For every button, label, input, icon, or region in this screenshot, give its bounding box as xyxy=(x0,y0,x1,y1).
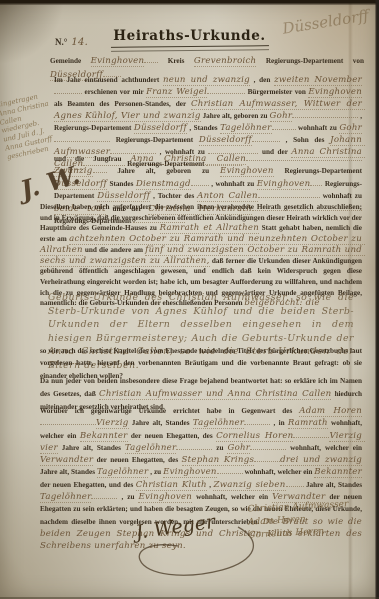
text-segment: Evinghoven xyxy=(91,56,145,67)
document-title: Heiraths-Urkunde. xyxy=(113,28,265,44)
form-blank-line xyxy=(286,479,304,487)
text-segment: Adam Horen xyxy=(299,406,362,417)
text-segment: Jahre alt, Standes xyxy=(40,468,97,476)
text-segment: Düsseldorff xyxy=(199,135,252,146)
text-segment: wohnhaft, welcher ein xyxy=(286,444,362,452)
form-blank-line xyxy=(144,55,158,63)
text-segment: Stephan Krings xyxy=(182,455,255,466)
text-segment: Regierungs-Departement xyxy=(274,167,362,175)
form-blank-line xyxy=(191,178,209,186)
form-blank-line xyxy=(254,454,280,462)
photo-edge-right xyxy=(375,0,379,599)
form-blank-line xyxy=(91,491,117,499)
form-blank-line xyxy=(246,153,362,161)
text-segment: Ramrath xyxy=(288,418,328,429)
text-segment: Tagelöhner xyxy=(193,418,244,429)
text-segment: Dienstmagd xyxy=(136,179,191,190)
text-segment: Grevenbroich xyxy=(194,56,256,67)
text-segment: Franz Weigel xyxy=(146,87,207,98)
text-segment: Tagelöhner xyxy=(125,443,176,454)
form-blank-line xyxy=(258,190,320,198)
form-blank-line xyxy=(54,86,82,94)
text-segment: , Tochter des xyxy=(150,192,197,200)
title-rule xyxy=(110,45,268,52)
text-segment: Jahre alt, geboren zu xyxy=(107,167,221,175)
text-segment: Gohr xyxy=(227,443,250,454)
text-segment: als Beamten des Personen-Standes, der xyxy=(54,100,191,108)
text-segment: Tagelöhner xyxy=(40,492,91,503)
text-segment: , zu xyxy=(117,493,138,501)
text-segment: und die andere am xyxy=(83,246,145,254)
text-segment: Ramrath et Allrathen xyxy=(160,223,259,234)
text-segment: Worüber ich gegenwärtige Urkunde erricht… xyxy=(40,407,299,415)
text-segment: Regierungs-Departement xyxy=(110,136,199,144)
text-segment: Bürgermeister von xyxy=(245,88,308,96)
form-blank-line xyxy=(272,122,296,130)
form-blank-line xyxy=(293,430,329,438)
text-segment: , zu xyxy=(148,468,163,476)
text-segment: , Sohn des xyxy=(280,136,330,144)
witness-signatures-column: Christian Aufmwasser Adam Horen Corneliu… xyxy=(247,498,350,542)
text-segment: Kreis xyxy=(158,57,194,65)
text-segment: wohnhaft zu xyxy=(296,124,340,132)
text-segment: Düsseldorff xyxy=(134,123,187,134)
text-segment: Vierzig xyxy=(96,418,129,429)
text-segment: Zwanzig sieben xyxy=(213,480,285,491)
text-segment: Bekannter xyxy=(80,431,128,442)
form-blank-line xyxy=(252,134,280,142)
text-segment: , in xyxy=(270,419,288,427)
text-segment: Gohr xyxy=(339,123,362,134)
text-segment: der neuen Ehegatten, und des xyxy=(40,481,136,489)
form-blank-line xyxy=(292,110,358,118)
text-segment: Jahre alt, geboren zu xyxy=(201,112,270,120)
form-blank-line xyxy=(207,86,245,94)
text-segment: drei und zwanzig xyxy=(280,455,362,466)
marriage-certificate-scan: N.° 14. Heiraths-Urkunde. Düsseldorff Ge… xyxy=(0,0,379,599)
text-segment: Evinghoven xyxy=(163,467,217,478)
text-segment: Jahre alt, Standes xyxy=(304,481,363,489)
text-segment: Christian Kluth xyxy=(136,480,207,491)
text-segment: wohnhaft zu xyxy=(320,192,362,200)
form-blank-line xyxy=(250,442,286,450)
text-segment: Im Jahr eintausend achthundert xyxy=(54,76,163,84)
text-segment: Evinghoven xyxy=(308,87,362,98)
text-segment: Christian Aufmwasser und Anna Christina … xyxy=(99,389,331,400)
text-segment: wohnhaft, welcher ein xyxy=(192,493,272,501)
photo-edge-top xyxy=(0,0,379,5)
text-segment: Bekannter xyxy=(314,467,362,478)
official-signature-text: J. Weger xyxy=(130,511,218,545)
text-segment: zweiten November xyxy=(274,75,362,86)
text-segment: Evinghoven xyxy=(257,179,311,190)
text-segment: Regierungs-Departement von xyxy=(256,57,364,65)
text-segment: Standes xyxy=(107,180,136,188)
form-blank-line xyxy=(217,466,243,474)
text-segment: Tagelöhner xyxy=(220,123,271,134)
text-segment: Anna Christina Callen xyxy=(130,154,246,165)
text-segment: Tagelöhner xyxy=(97,467,148,478)
form-blank-line xyxy=(93,165,107,173)
form-blank-line xyxy=(54,134,110,142)
form-blank-line xyxy=(40,417,96,425)
text-segment: Gohr xyxy=(270,111,293,122)
text-segment: Jahre alt, Standes xyxy=(129,419,193,427)
text-segment: erschienen vor mir xyxy=(82,88,146,96)
text-segment: , den xyxy=(250,76,274,84)
text-segment: Gemeinde xyxy=(50,57,91,65)
text-segment: Jahre alt, Standes xyxy=(58,444,125,452)
text-segment: Evinghoven xyxy=(220,166,274,177)
text-segment: , wohnhaft zu xyxy=(209,180,257,188)
text-segment: der neuen Ehegatten, des xyxy=(128,432,217,440)
text-segment: wohnhaft, welcher ein xyxy=(243,468,315,476)
text-segment: , Standes xyxy=(187,124,220,132)
text-segment: neun und zwanzig xyxy=(163,75,250,86)
text-segment: zu xyxy=(212,444,227,452)
form-blank-line xyxy=(310,178,322,186)
form-blank-line xyxy=(244,417,270,425)
form-blank-line xyxy=(176,442,212,450)
text-segment: Verwandter xyxy=(40,455,93,466)
text-segment: Evinghoven xyxy=(138,492,192,503)
text-segment: Cornelius Horen xyxy=(216,431,293,442)
text-segment: der neuen Ehegatten, des xyxy=(93,456,181,464)
